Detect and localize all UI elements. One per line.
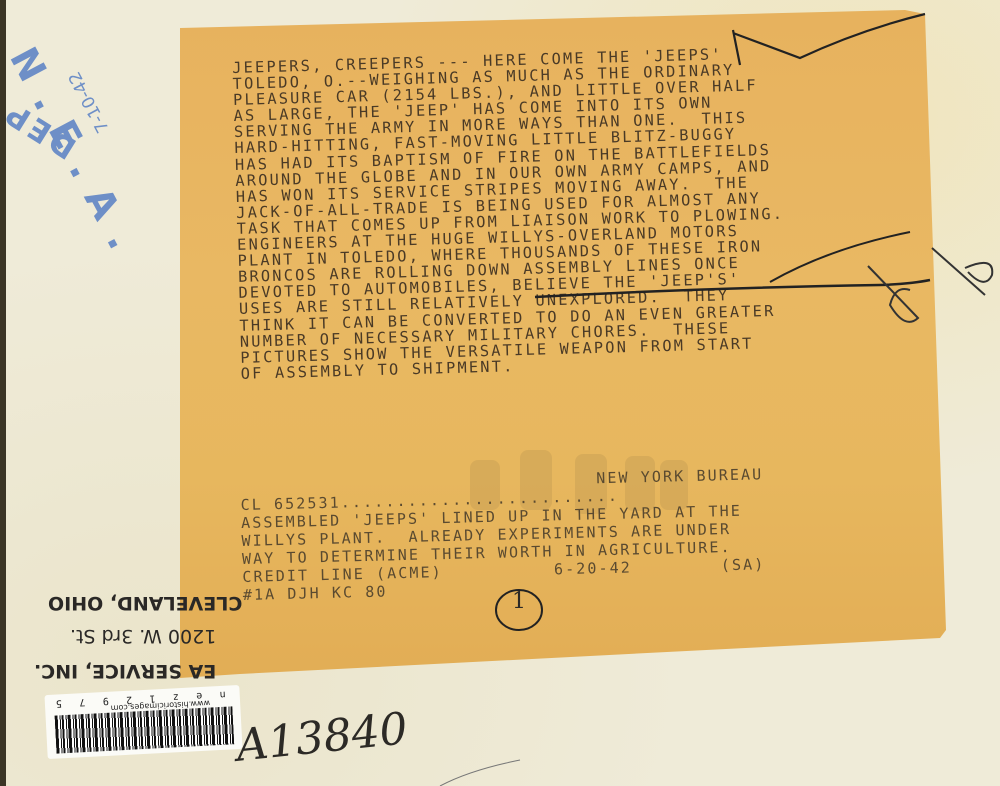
barcode-digit: e (196, 690, 203, 701)
address-stamp-company: EA SERVICE, INC. (34, 660, 216, 682)
address-stamp-city: CLEVELAND, OHIO (48, 592, 242, 614)
barcode-digit: 9 (102, 695, 109, 706)
circled-number: 1 (512, 589, 526, 614)
barcode (55, 706, 235, 753)
barcode-digit: z (173, 691, 180, 702)
typed-story: JEEPERS, CREEPERS --- HERE COME THE 'JEE… (232, 45, 788, 382)
barcode-digit: n (219, 689, 226, 700)
barcode-digit: 2 (126, 694, 133, 705)
barcode-label: www.historicimages.com nez12975 (44, 685, 242, 759)
barcode-digit: 5 (56, 697, 63, 708)
barcode-digit: 7 (79, 696, 86, 707)
barcode-digit: 1 (149, 692, 156, 703)
photo-caption: NEW YORK BUREAUCL 652531................… (240, 465, 766, 604)
address-stamp-street: 1200 W. 3rd St. (70, 625, 216, 647)
